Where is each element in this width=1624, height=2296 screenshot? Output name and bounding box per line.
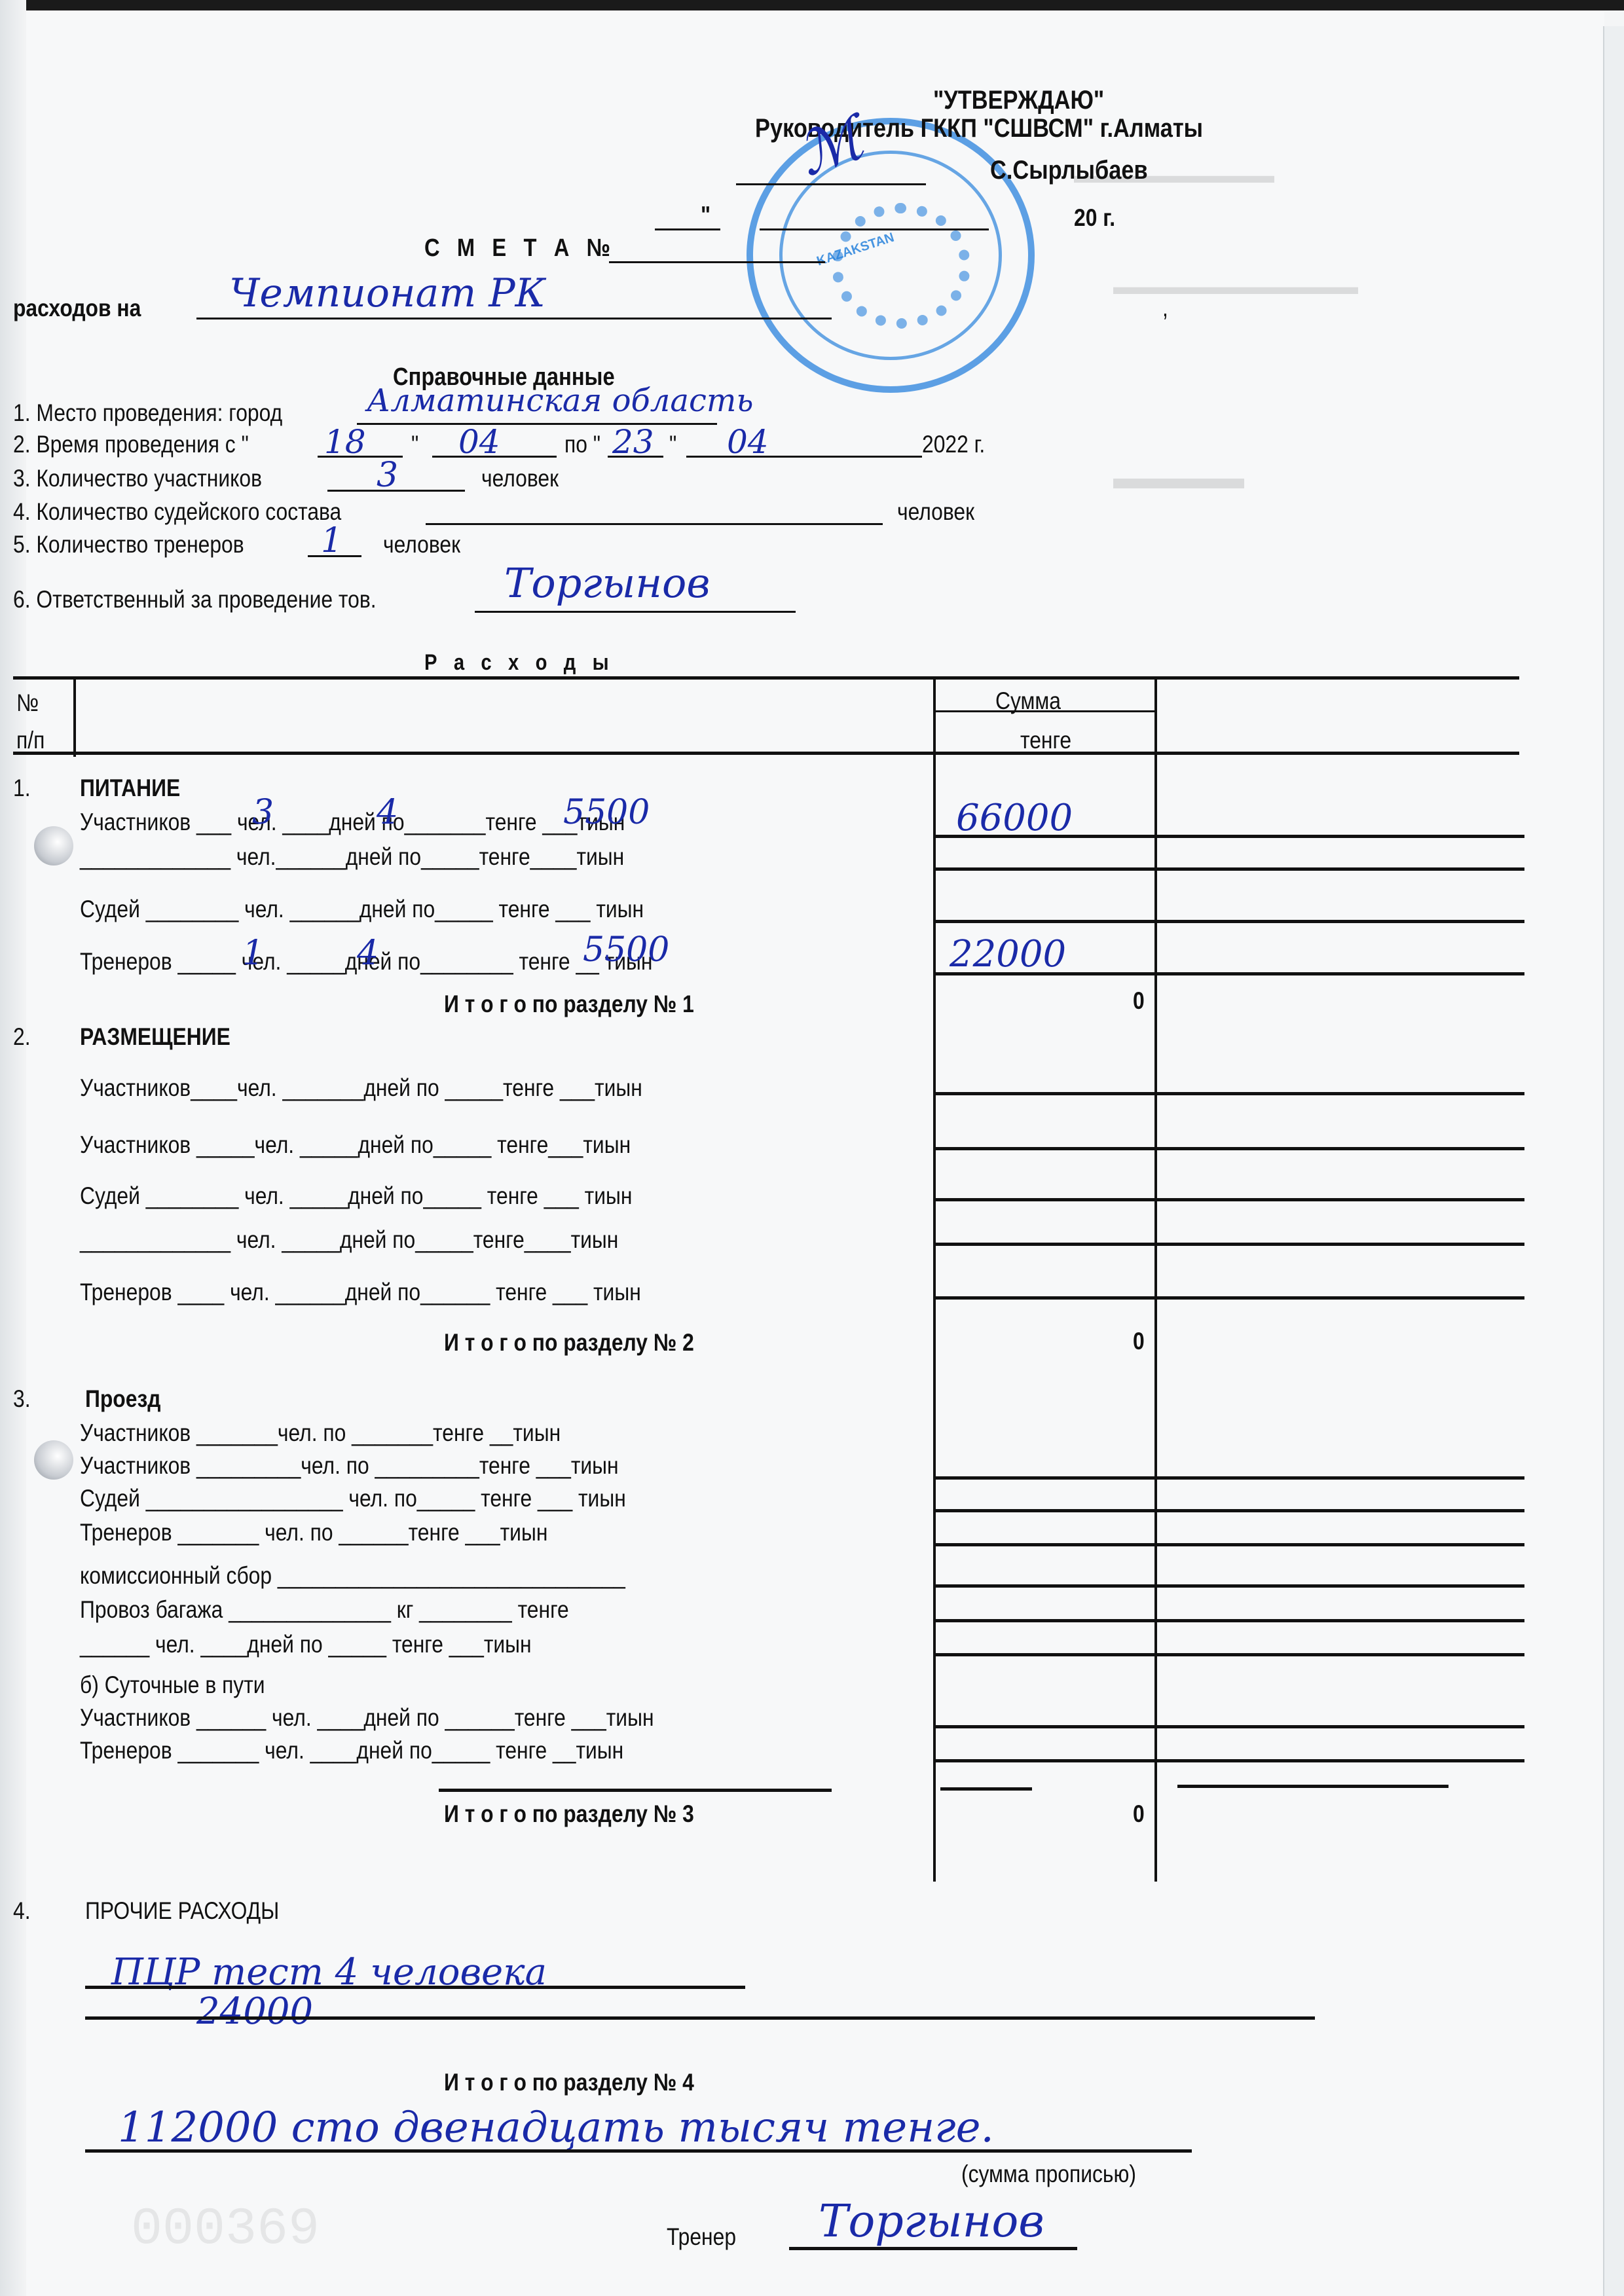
s3-row-line: [935, 1543, 1524, 1546]
time-from-day: 18: [324, 426, 366, 458]
s3-row: Тренеров _______ чел. по ______тенге ___…: [80, 1520, 547, 1544]
s1-coaches-price: 5500: [583, 933, 669, 967]
bleed-through-text: ▬▬▬▬▬▬▬▬▬▬▬: [1113, 275, 1358, 300]
section1-title: ПИТАНИЕ: [80, 776, 180, 800]
approval-title: "УТВЕРЖДАЮ": [933, 87, 1104, 113]
s4-total-label: И т о г о по разделу № 4: [444, 2070, 694, 2094]
time-label: 2. Время проведения с ": [13, 432, 249, 456]
s1-row-line: [935, 972, 1524, 975]
punch-hole: [34, 1440, 73, 1480]
total-in-words-line: [85, 2149, 1192, 2153]
s2-row-line: [935, 1198, 1524, 1201]
s3-total-label: И т о г о по разделу № 3: [444, 1802, 694, 1826]
s3-row: Участников _________чел. по _________тен…: [80, 1453, 619, 1478]
approval-day-line: [655, 228, 720, 230]
s4-line: [85, 1986, 745, 1989]
col-num-top: №: [16, 691, 39, 715]
comma: ,: [1162, 296, 1168, 320]
s3-row: ______ чел. ____дней по _____ тенге ___т…: [80, 1632, 532, 1656]
s1-participants-days: 4: [377, 795, 398, 829]
responsible-signature: Торгынов: [504, 563, 710, 604]
approval-signature-line: [736, 183, 926, 185]
section2-title: РАЗМЕЩЕНИЕ: [80, 1025, 231, 1049]
table-col-divider: [1154, 678, 1157, 1882]
s2-row: Тренеров ____ чел. ______дней по______ т…: [80, 1280, 641, 1304]
s3-row: Судей _________________ чел. по_____ тен…: [80, 1486, 626, 1510]
scan-edge-top: [0, 0, 1624, 10]
s3-row-line: [935, 1619, 1524, 1622]
participants-label: 3. Количество участников: [13, 466, 262, 490]
smeta-title: С М Е Т А №: [424, 236, 616, 261]
place-value: Алматинская область: [367, 385, 753, 416]
s2-row: Участников____чел. _______дней по _____т…: [80, 1076, 642, 1100]
participants-unit: человек: [481, 466, 559, 490]
section3-title: Проезд: [85, 1387, 160, 1411]
time-quote: ": [669, 432, 676, 456]
col-sum-divider: [935, 710, 1154, 712]
expenses-for-line: [196, 318, 832, 319]
place-line: [357, 423, 717, 425]
s2-row: Судей ________ чел. _____дней по_____ те…: [80, 1184, 632, 1208]
s3-row-line: [935, 1653, 1524, 1656]
coaches-unit: человек: [383, 532, 460, 556]
s1-total-value: 0: [1133, 989, 1145, 1013]
responsible-label: 6. Ответственный за проведение тов.: [13, 587, 377, 611]
scan-edge-left: [0, 0, 26, 2296]
s2-row: _____________ чел. _____дней по_____тенг…: [80, 1228, 618, 1252]
time-year: 2022 г.: [922, 432, 985, 456]
s4-line: [85, 2016, 1315, 2020]
s3-total-line: [940, 1787, 1032, 1791]
s1-row-judges: Судей ________ чел. ______дней по_____ т…: [80, 897, 644, 921]
table-col-divider: [933, 678, 936, 1882]
s3-row-line: [935, 1725, 1524, 1728]
total-in-words: 112000 сто двенадцать тысяч тенге.: [118, 2107, 994, 2149]
judges-line: [426, 523, 883, 525]
expenses-for-label: расходов на: [13, 296, 141, 320]
coaches-value: 1: [321, 524, 342, 558]
s4-other-expense-amount: 24000: [196, 1994, 313, 2030]
judges-label: 4. Количество судейского состава: [13, 500, 341, 524]
table-header-bottom-border: [13, 752, 1519, 755]
total-in-words-caption: (сумма прописью): [961, 2162, 1136, 2186]
responsible-line: [475, 611, 796, 613]
bleed-through-text: ▬▬▬▬: [1113, 458, 1244, 496]
s1-row-blank: _____________ чел.______дней по_____тенг…: [80, 845, 624, 869]
s1-participants-price: 5500: [563, 795, 650, 829]
s3-row-line: [935, 1476, 1524, 1480]
s1-total-label: И т о г о по разделу № 1: [444, 992, 694, 1016]
s1-row-line: [935, 920, 1524, 923]
coaches-label: 5. Количество тренеров: [13, 532, 244, 556]
s1-participants-people: 3: [252, 795, 274, 829]
section1-number: 1.: [13, 776, 31, 800]
s3-total-line: [1177, 1785, 1449, 1788]
table-col-divider: [73, 678, 76, 757]
s3-row-line: [935, 1759, 1524, 1762]
coach-label: Тренер: [667, 2225, 736, 2249]
smeta-number-line: [609, 261, 825, 263]
time-to-day: 23: [612, 426, 654, 458]
coach-signature: Торгынов: [819, 2200, 1044, 2244]
s3-row: Провоз багажа ______________ кг ________…: [80, 1597, 569, 1622]
s2-row-line: [935, 1147, 1524, 1150]
s1-row-line: [935, 835, 1524, 838]
col-sum-bottom: тенге: [1020, 728, 1071, 752]
s1-row-line: [935, 867, 1524, 871]
participants-value: 3: [377, 458, 398, 492]
scan-edge-right: [1603, 26, 1624, 2296]
punch-hole: [34, 826, 73, 866]
s3-row: Участников ______ чел. ____дней по _____…: [80, 1705, 654, 1730]
s3-total-value: 0: [1133, 1802, 1145, 1826]
place-label: 1. Место проведения: город: [13, 401, 282, 425]
s3-row: Тренеров _______ чел. ____дней по_____ т…: [80, 1738, 623, 1762]
s1-coaches-days: 4: [357, 936, 378, 970]
table-top-border: [13, 676, 1519, 680]
s2-row-line: [935, 1243, 1524, 1246]
time-from-month: 04: [458, 426, 500, 458]
section4-number: 4.: [13, 1899, 31, 1923]
s2-row-line: [935, 1296, 1524, 1300]
s3-total-line: [439, 1789, 832, 1792]
col-num-bottom: п/п: [16, 728, 45, 752]
time-quote: ": [411, 432, 418, 456]
s1-participants-amount: 66000: [956, 800, 1073, 837]
s2-total-label: И т о г о по разделу № 2: [444, 1330, 694, 1355]
s3-row: Участников _______чел. по _______тенге _…: [80, 1421, 561, 1445]
s2-total-value: 0: [1133, 1329, 1145, 1353]
time-to-label: по ": [564, 432, 600, 456]
approval-month-line: [760, 228, 989, 230]
s2-row: Участников _____чел. _____дней по_____ т…: [80, 1133, 631, 1157]
approval-name: С.Сырлыбаев: [990, 157, 1148, 183]
s3-row: комиссионный сбор ______________________…: [80, 1563, 625, 1588]
s2-row-line: [935, 1092, 1524, 1095]
s1-coaches-people: 1: [242, 936, 264, 970]
s3-row-line: [935, 1509, 1524, 1512]
s1-row-participants: Участников ___ чел. ____дней по_______те…: [80, 810, 625, 834]
s3-subtitle: б) Суточные в пути: [80, 1673, 265, 1697]
approval-date-quote: ": [701, 203, 710, 227]
expenses-table-title: Р а с х о д ы: [424, 651, 614, 674]
col-sum-top: Сумма: [995, 689, 1061, 713]
s3-row-line: [935, 1584, 1524, 1588]
section3-number: 3.: [13, 1387, 31, 1411]
s1-coaches-amount: 22000: [950, 936, 1066, 973]
time-to-month-line: [686, 456, 922, 458]
approval-year: 20 г.: [1074, 206, 1115, 230]
section4-title: ПРОЧИЕ РАСХОДЫ: [85, 1899, 279, 1923]
bleed-through-serial: 000369: [131, 2200, 320, 2259]
expenses-for-value: Чемпионат РК: [229, 274, 545, 313]
judges-unit: человек: [897, 500, 974, 524]
section2-number: 2.: [13, 1025, 31, 1049]
time-to-month: 04: [727, 426, 769, 458]
